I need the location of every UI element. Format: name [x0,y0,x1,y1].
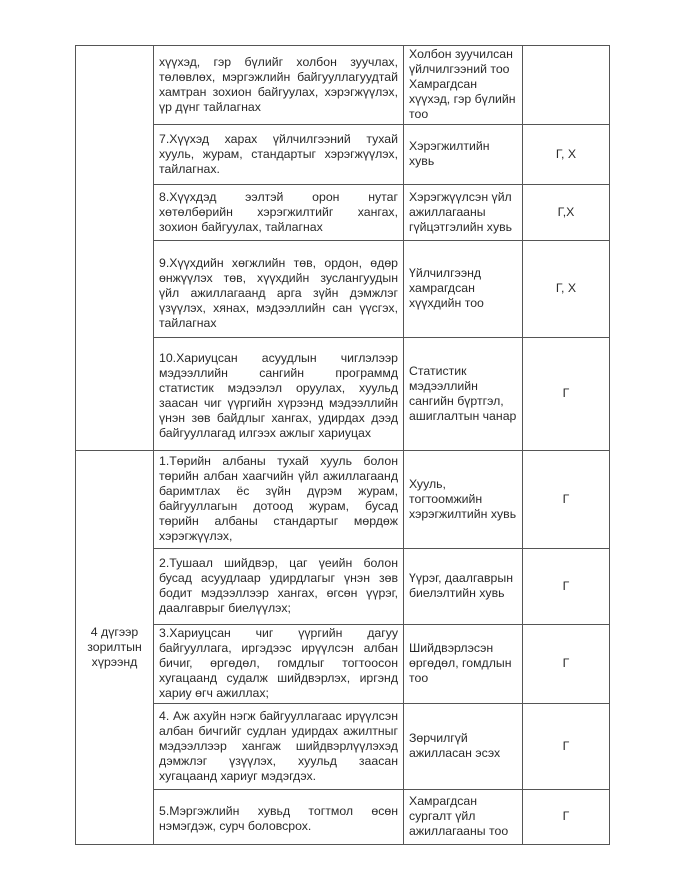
responsible-cell: Г, Х [523,125,610,185]
indicator-cell: Холбон зуучилсан үйлчилгээний тоо Хамраг… [404,46,523,125]
task-cell: 2.Тушаал шийдвэр, цаг үеийн болон бусад … [154,549,404,625]
indicator-cell: Үйлчилгээнд хамрагдсан хүүхдийн тоо [404,241,523,338]
indicator-cell: Хэрэгжүүлсэн үйл ажиллагааны гүйцэтгэлий… [404,185,523,241]
task-cell: хүүхэд, гэр бүлийг холбон зуучлах, төлөв… [154,46,404,125]
table-row: хүүхэд, гэр бүлийг холбон зуучлах, төлөв… [76,46,610,125]
task-cell: 1.Төрийн албаны тухай хууль болон төрийн… [154,451,404,549]
task-cell: 4. Аж ахуйн нэгж байгууллагаас ирүүлсэн … [154,704,404,790]
responsible-cell: Г, Х [523,241,610,338]
task-cell: 7.Хүүхэд харах үйлчилгээний тухай хууль,… [154,125,404,185]
table-row: 9.Хүүхдийн хөгжлийн төв, ордон, өдөр өнж… [76,241,610,338]
table-row: 4 дүгээр зорилтын хүрээнд 1.Төрийн албан… [76,451,610,549]
goal-cell [76,46,154,451]
plan-table: хүүхэд, гэр бүлийг холбон зуучлах, төлөв… [75,45,610,845]
responsible-cell: Г [523,625,610,704]
goal-cell: 4 дүгээр зорилтын хүрээнд [76,451,154,845]
responsible-cell: Г [523,338,610,451]
indicator-cell: Хэрэгжилтийн хувь [404,125,523,185]
responsible-cell: Г [523,704,610,790]
task-cell: 10.Хариуцсан асуудлын чиглэлээр мэдээлли… [154,338,404,451]
task-cell: 5.Мэргэжлийн хувьд тогтмол өсөн нэмэгдэж… [154,790,404,845]
indicator-cell: Статистик мэдээллийн сангийн бүртгэл, аш… [404,338,523,451]
table-row: 5.Мэргэжлийн хувьд тогтмол өсөн нэмэгдэж… [76,790,610,845]
table-row: 2.Тушаал шийдвэр, цаг үеийн болон бусад … [76,549,610,625]
responsible-cell: Г [523,549,610,625]
table-row: 3.Хариуцсан чиг үүргийн дагуу байгууллаг… [76,625,610,704]
task-cell: 9.Хүүхдийн хөгжлийн төв, ордон, өдөр өнж… [154,241,404,338]
table-row: 7.Хүүхэд харах үйлчилгээний тухай хууль,… [76,125,610,185]
task-cell: 8.Хүүхдэд ээлтэй орон нутаг хөтөлбөрийн … [154,185,404,241]
responsible-cell: Г,Х [523,185,610,241]
indicator-cell: Үүрэг, даалгаврын биелэлтийн хувь [404,549,523,625]
indicator-cell: Хамрагдсан сургалт үйл ажиллагааны тоо [404,790,523,845]
task-cell: 3.Хариуцсан чиг үүргийн дагуу байгууллаг… [154,625,404,704]
responsible-cell: Г [523,790,610,845]
table-row: 10.Хариуцсан асуудлын чиглэлээр мэдээлли… [76,338,610,451]
indicator-cell: Зөрчилгүй ажилласан эсэх [404,704,523,790]
indicator-cell: Хууль, тогтоомжийн хэрэгжилтийн хувь [404,451,523,549]
indicator-cell: Шийдвэрлэсэн өргөдөл, гомдлын тоо [404,625,523,704]
table-row: 4. Аж ахуйн нэгж байгууллагаас ирүүлсэн … [76,704,610,790]
table-row: 8.Хүүхдэд ээлтэй орон нутаг хөтөлбөрийн … [76,185,610,241]
responsible-cell [523,46,610,125]
responsible-cell: Г [523,451,610,549]
